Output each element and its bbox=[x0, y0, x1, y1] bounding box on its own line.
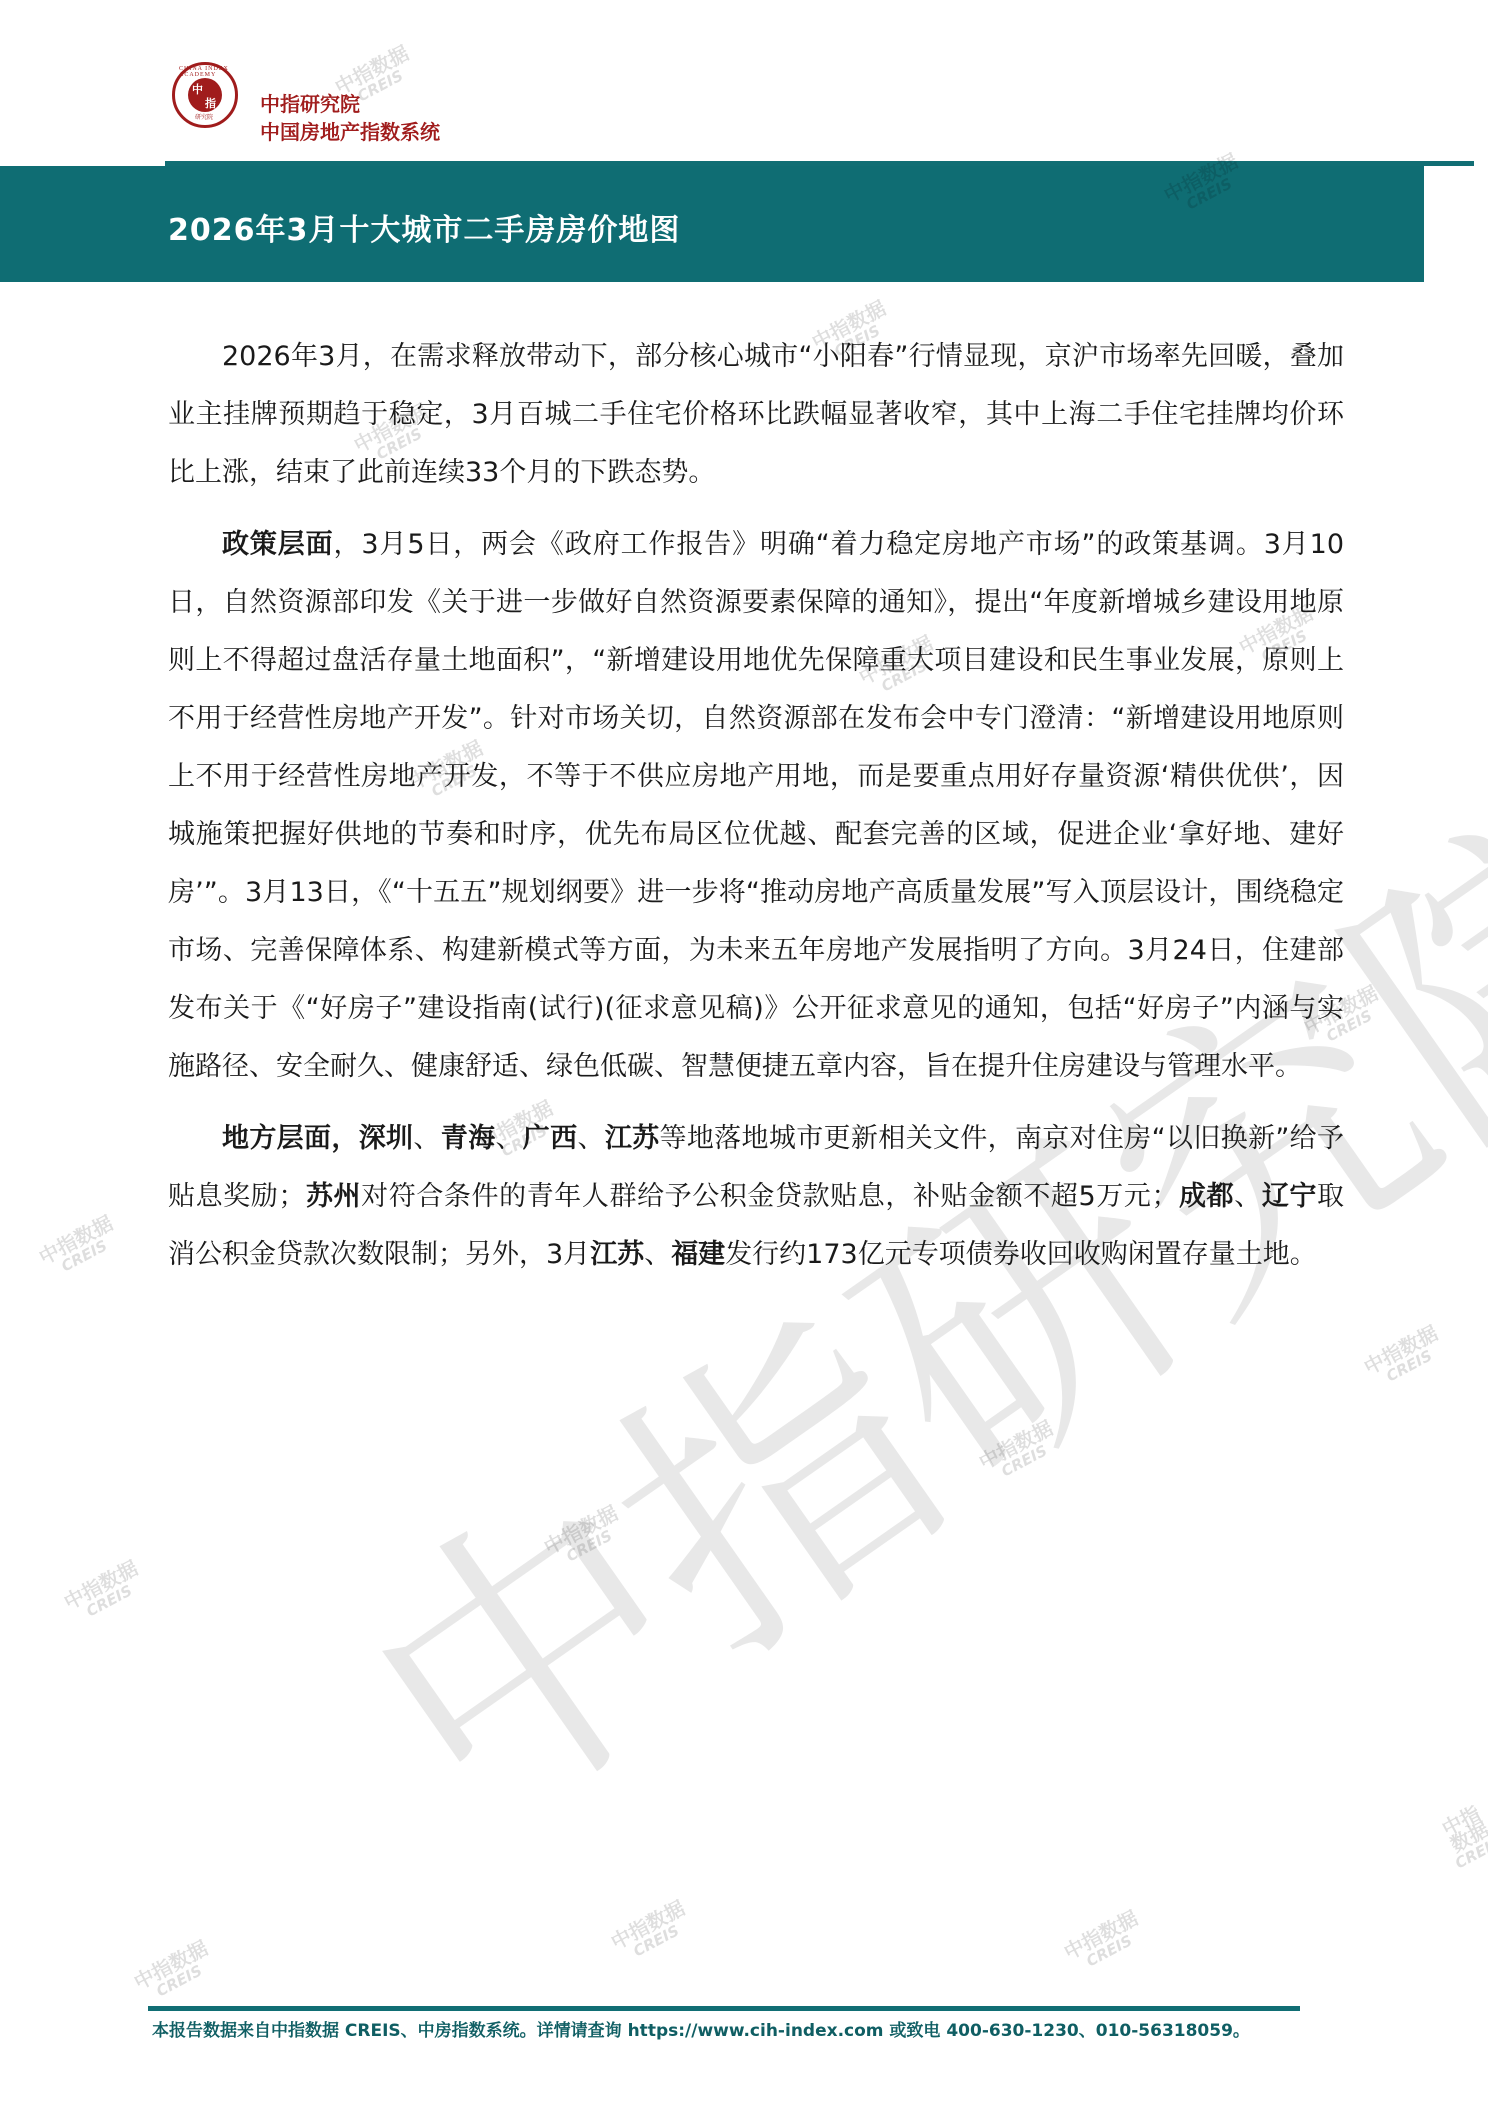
bold-text: 地方层面，深圳 bbox=[222, 1123, 413, 1154]
watermark: 中指数据CREIS bbox=[976, 1418, 1064, 1487]
text: 、 bbox=[644, 1239, 671, 1270]
article-body: 2026年3月，在需求释放带动下，部分核心城市“小阳春”行情显现，京沪市场率先回… bbox=[168, 328, 1344, 1298]
bold-text: 政策层面 bbox=[222, 529, 334, 560]
paragraph: 地方层面，深圳、青海、广西、江苏等地落地城市更新相关文件，南京对住房“以旧换新”… bbox=[168, 1110, 1344, 1284]
text: ，3月5日，两会《政府工作报告》明确“着力稳定房地产市场”的政策基调。3月10日… bbox=[168, 529, 1344, 1082]
bold-text: 江苏 bbox=[605, 1123, 660, 1154]
footer-note: 本报告数据来自中指数据 CREIS、中房指数系统。详情请查询 https://w… bbox=[152, 2016, 1250, 2041]
logo: CHINA INDEX ACADEMY 中 指 研究院 bbox=[172, 62, 238, 128]
watermark: 中指数据CREIS bbox=[1061, 1908, 1149, 1977]
logo-bottom-text: 研究院 bbox=[195, 112, 213, 121]
watermark: 中指数据CREIS bbox=[541, 1503, 629, 1572]
text: 、 bbox=[413, 1123, 440, 1154]
brand-block: 中指研究院 中国房地产指数系统 bbox=[260, 90, 440, 146]
paragraph: 2026年3月，在需求释放带动下，部分核心城市“小阳春”行情显现，京沪市场率先回… bbox=[168, 328, 1344, 502]
watermark: 中指数据CREIS bbox=[131, 1938, 219, 2007]
system-name: 中国房地产指数系统 bbox=[260, 118, 440, 146]
bold-text: 辽宁 bbox=[1262, 1181, 1317, 1212]
text: 发行约173亿元专项债券收回收购闲置存量土地。 bbox=[725, 1239, 1317, 1270]
logo-ring-text: CHINA INDEX ACADEMY bbox=[179, 66, 235, 78]
bold-text: 福建 bbox=[671, 1239, 725, 1270]
logo-mark-bottom: 指 bbox=[205, 95, 216, 111]
text: 、 bbox=[495, 1123, 522, 1154]
watermark: 中指数据CREIS bbox=[36, 1213, 124, 1282]
bold-text: 成都 bbox=[1178, 1181, 1234, 1212]
bold-text: 江苏 bbox=[590, 1239, 644, 1270]
logo-mark-top: 中 bbox=[192, 81, 203, 97]
watermark: 中指数据CREIS bbox=[61, 1558, 149, 1627]
paragraph: 政策层面，3月5日，两会《政府工作报告》明确“着力稳定房地产市场”的政策基调。3… bbox=[168, 516, 1344, 1096]
watermark: 中指数据CREIS bbox=[1435, 1802, 1488, 1873]
text: 对符合条件的青年人群给予公积金贷款贴息，补贴金额不超5万元； bbox=[361, 1181, 1178, 1212]
watermark: 中指数据CREIS bbox=[1361, 1323, 1449, 1392]
text: 2026年3月，在需求释放带动下，部分核心城市“小阳春”行情显现，京沪市场率先回… bbox=[168, 341, 1344, 488]
bold-text: 青海 bbox=[441, 1123, 496, 1154]
footer-divider bbox=[148, 2006, 1300, 2011]
watermark: 中指数据CREIS bbox=[608, 1898, 696, 1967]
bold-text: 苏州 bbox=[305, 1181, 361, 1212]
text: 、 bbox=[1234, 1181, 1262, 1212]
logo-mark: 中 指 bbox=[188, 78, 222, 112]
page-title: 2026年3月十大城市二手房房价地图 bbox=[168, 205, 680, 249]
org-name: 中指研究院 bbox=[260, 90, 440, 118]
bold-text: 广西 bbox=[523, 1123, 578, 1154]
text: 、 bbox=[577, 1123, 604, 1154]
